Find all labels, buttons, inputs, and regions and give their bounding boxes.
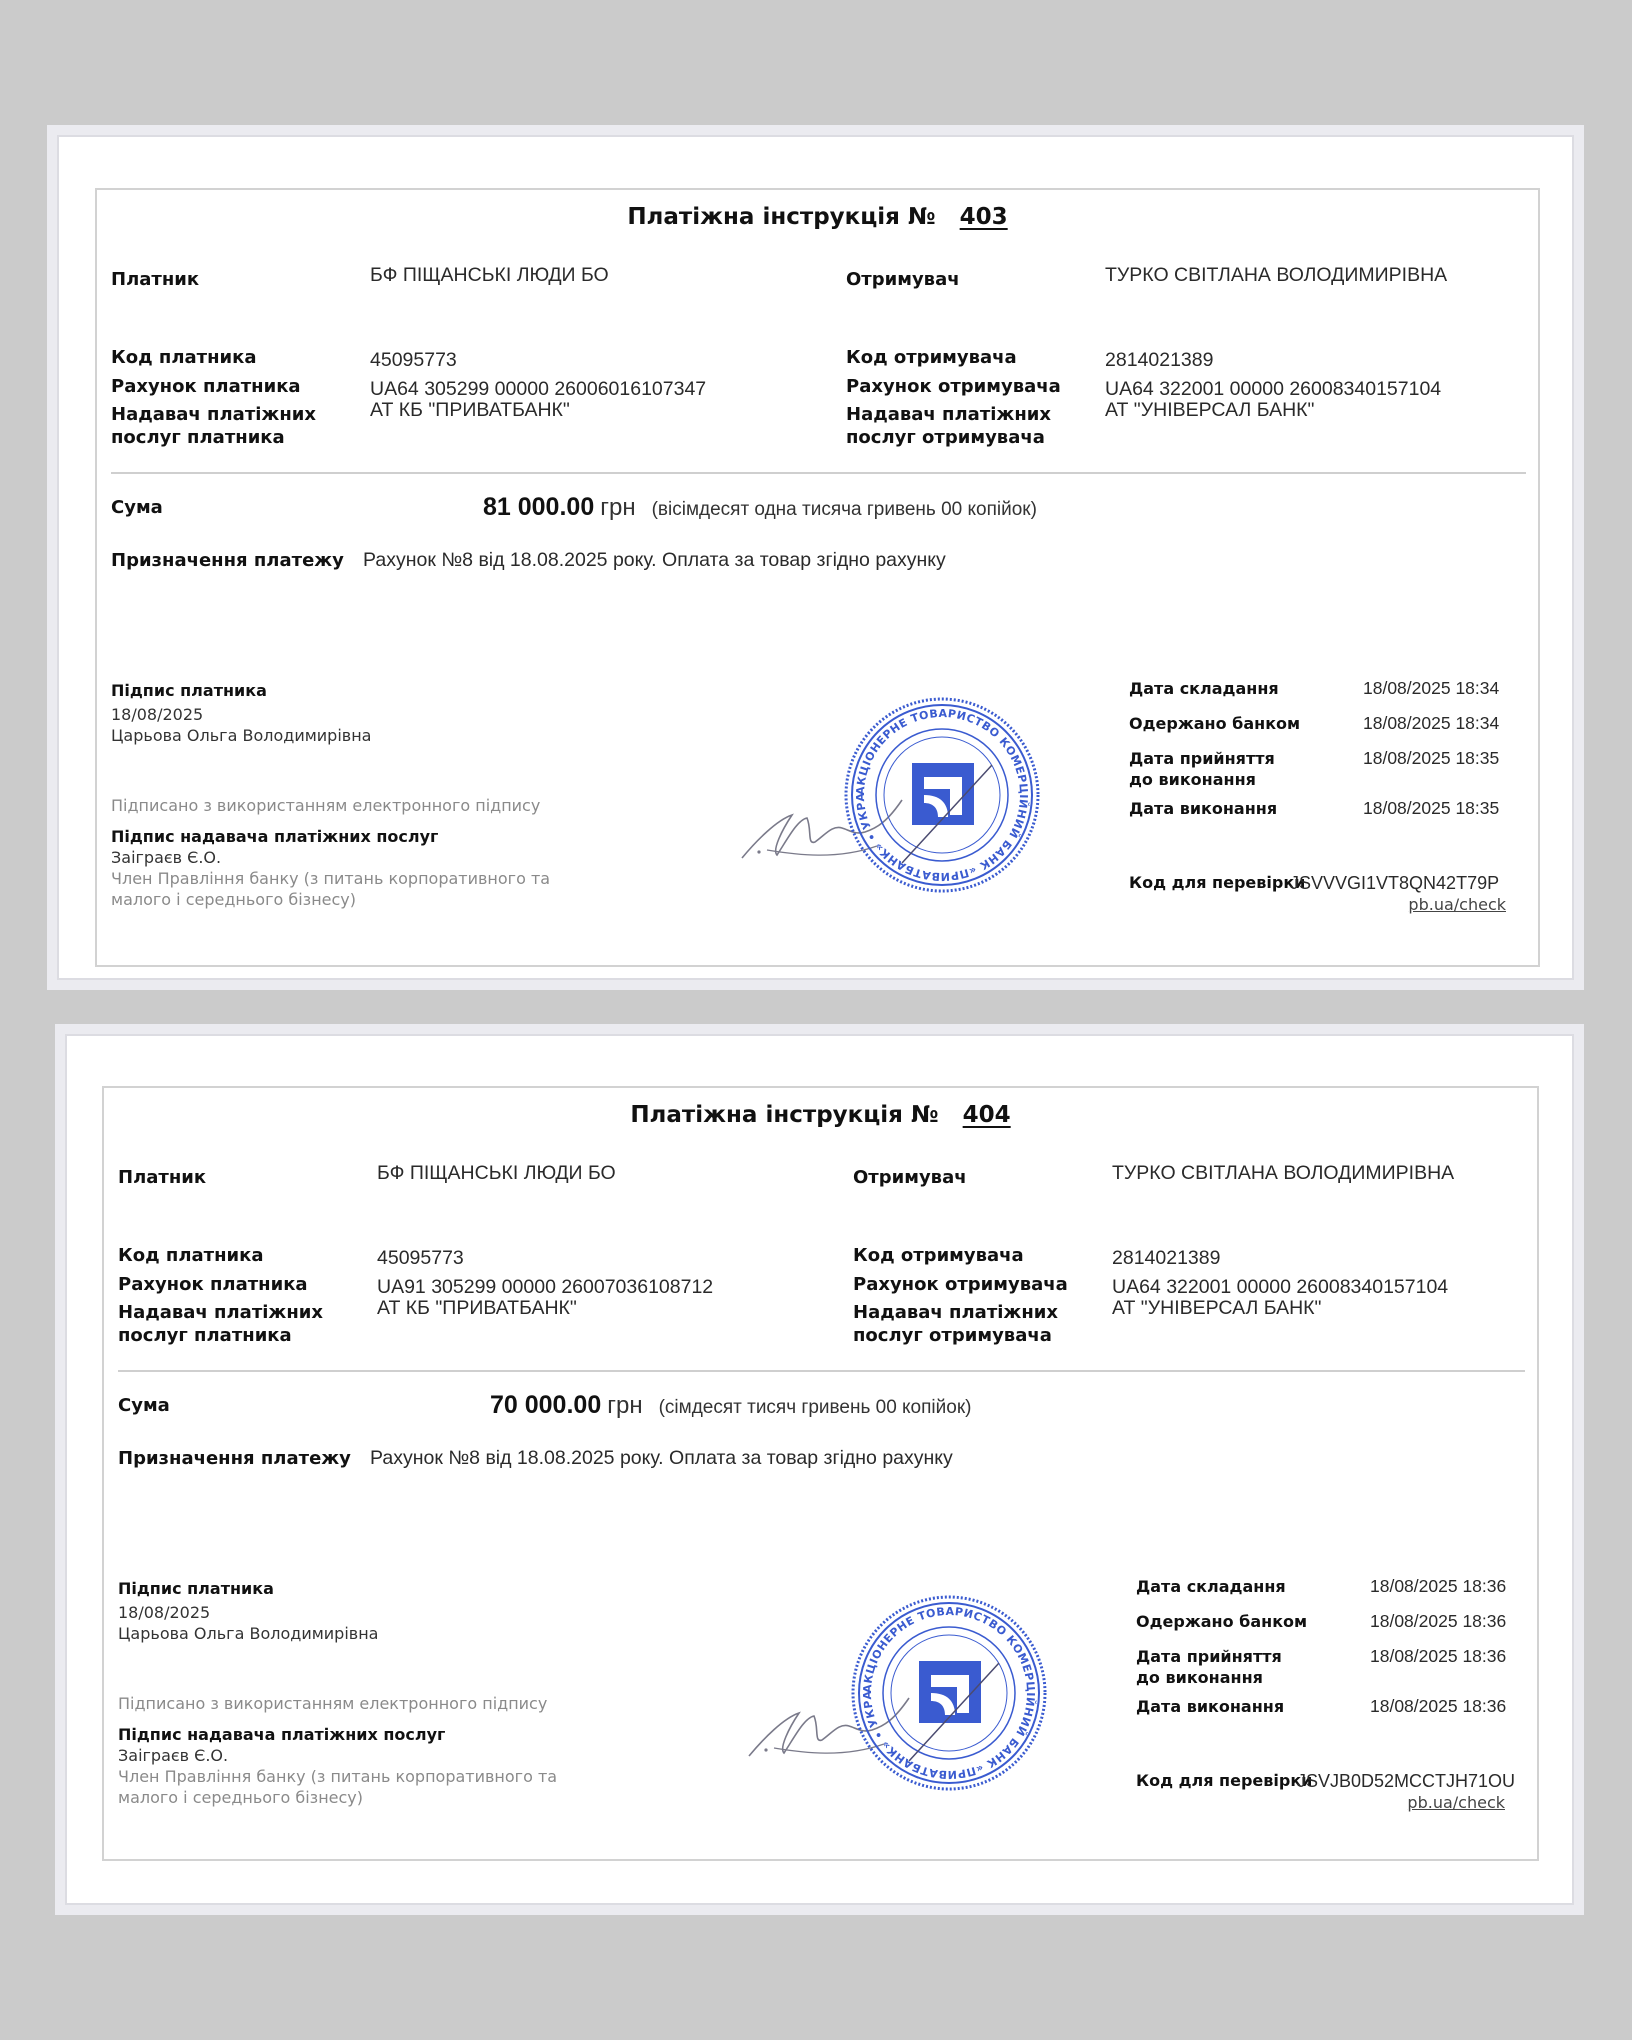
date-accepted-label: Дата прийняття до виконання (1136, 1646, 1282, 1688)
date-accepted-label-line1: Дата прийняття (1136, 1646, 1282, 1667)
provider-signature-label: Підпис надавача платіжних послуг (111, 826, 438, 848)
purpose-text: Рахунок №8 від 18.08.2025 року. Оплата з… (370, 1447, 953, 1470)
provider-signatory-position-line2: малого і середнього бізнесу) (118, 1787, 363, 1808)
recipient-provider-label: Надавач платіжних послуг отримувача (853, 1301, 1058, 1347)
payment-instruction-403: Платіжна інструкція № 403 Платник БФ ПІЩ… (47, 125, 1584, 990)
verification-link[interactable]: pb.ua/check (1407, 1793, 1505, 1812)
bank-stamp: АКЦІОНЕРНЕ ТОВАРИСТВО КОМЕРЦІЙНИЙ БАНК «… (849, 1593, 1049, 1793)
date-accepted-label-line2: до виконання (1129, 769, 1275, 790)
date-accepted-value: 18/08/2025 18:35 (1363, 748, 1499, 769)
date-received-value: 18/08/2025 18:34 (1363, 713, 1499, 734)
payment-instruction-frame: Платіжна інструкція № 404 Платник БФ ПІЩ… (102, 1086, 1539, 1861)
amount-in-words: (сімдесят тисяч гривень 00 копійок) (659, 1397, 972, 1418)
verification-link[interactable]: pb.ua/check (1408, 895, 1506, 914)
payer-label: Платник (118, 1166, 206, 1189)
provider-signatory-name: Заіграєв Є.О. (118, 1745, 228, 1766)
payment-instruction-404: Платіжна інструкція № 404 Платник БФ ПІЩ… (55, 1024, 1584, 1915)
recipient-name: ТУРКО СВІТЛАНА ВОЛОДИМИРІВНА (1112, 1162, 1454, 1185)
title-text: Платіжна інструкція № (630, 1102, 938, 1128)
date-accepted-value: 18/08/2025 18:36 (1370, 1646, 1506, 1667)
payer-signature-date: 18/08/2025 (118, 1602, 210, 1623)
recipient-label: Отримувач (853, 1166, 967, 1189)
payer-account-label: Рахунок платника (118, 1273, 308, 1296)
date-accepted-label-line2: до виконання (1136, 1667, 1282, 1688)
title-text: Платіжна інструкція № (627, 204, 935, 230)
date-created-value: 18/08/2025 18:34 (1363, 678, 1499, 699)
amount-row: 81 000.00грн(вісімдесят одна тисяча грив… (483, 493, 1037, 522)
verification-code-label: Код для перевірки (1136, 1770, 1312, 1791)
payer-provider-label-line1: Надавач платіжних (111, 403, 316, 426)
amount-value: 81 000.00 (483, 493, 594, 521)
verification-code-label: Код для перевірки (1129, 872, 1305, 893)
payer-signature-name: Царьова Ольга Володимирівна (111, 725, 371, 746)
amount-value: 70 000.00 (490, 1391, 601, 1419)
payer-provider-label: Надавач платіжних послуг платника (111, 403, 316, 449)
payer-signature-label: Підпис платника (111, 680, 267, 702)
payer-code: 45095773 (370, 349, 457, 372)
e-signature-note: Підписано з використанням електронного п… (118, 1693, 547, 1714)
payer-provider-label: Надавач платіжних послуг платника (118, 1301, 323, 1347)
date-executed-label: Дата виконання (1129, 798, 1277, 819)
payer-signature-name: Царьова Ольга Володимирівна (118, 1623, 378, 1644)
date-received-value: 18/08/2025 18:36 (1370, 1611, 1506, 1632)
document-title: Платіжна інструкція № 404 (104, 1102, 1537, 1128)
recipient-provider-label: Надавач платіжних послуг отримувача (846, 403, 1051, 449)
date-accepted-label: Дата прийняття до виконання (1129, 748, 1275, 790)
payer-provider-label-line2: послуг платника (111, 426, 316, 449)
amount-row: 70 000.00грн(сімдесят тисяч гривень 00 к… (490, 1391, 971, 1420)
recipient-account: UA64 322001 00000 26008340157104 (1105, 378, 1441, 401)
provider-signatory-name: Заіграєв Є.О. (111, 847, 221, 868)
verification-code: JSVJB0D52MCCTJH71OU (1297, 1771, 1515, 1792)
purpose-label: Призначення платежу (111, 549, 344, 572)
provider-signature-label: Підпис надавача платіжних послуг (118, 1724, 445, 1746)
recipient-name: ТУРКО СВІТЛАНА ВОЛОДИМИРІВНА (1105, 264, 1447, 287)
payer-account-label: Рахунок платника (111, 375, 301, 398)
payer-signature-date: 18/08/2025 (111, 704, 203, 725)
date-accepted-label-line1: Дата прийняття (1129, 748, 1275, 769)
date-executed-label: Дата виконання (1136, 1696, 1284, 1717)
recipient-provider: АТ "УНІВЕРСАЛ БАНК" (1105, 399, 1314, 422)
date-executed-value: 18/08/2025 18:36 (1370, 1696, 1506, 1717)
recipient-account-label: Рахунок отримувача (853, 1273, 1068, 1296)
e-signature-note: Підписано з використанням електронного п… (111, 795, 540, 816)
date-created-label: Дата складання (1129, 678, 1279, 699)
document-title: Платіжна інструкція № 403 (97, 204, 1538, 230)
bank-stamp: АКЦІОНЕРНЕ ТОВАРИСТВО КОМЕРЦІЙНИЙ БАНК «… (842, 695, 1042, 895)
section-divider (118, 1370, 1525, 1372)
payer-code-label: Код платника (111, 346, 257, 369)
payer-provider: АТ КБ "ПРИВАТБАНК" (370, 399, 570, 422)
amount-currency: грн (607, 1392, 642, 1419)
date-received-label: Одержано банком (1129, 713, 1300, 734)
recipient-account-label: Рахунок отримувача (846, 375, 1061, 398)
payer-name: БФ ПІЩАНСЬКІ ЛЮДИ БО (370, 264, 609, 287)
recipient-provider-label-line2: послуг отримувача (846, 426, 1051, 449)
amount-currency: грн (600, 494, 635, 521)
payer-code: 45095773 (377, 1247, 464, 1270)
verification-code: JSVVVGI1VT8QN42T79P (1290, 873, 1499, 894)
section-divider (111, 472, 1526, 474)
date-created-value: 18/08/2025 18:36 (1370, 1576, 1506, 1597)
recipient-code: 2814021389 (1105, 349, 1213, 372)
payer-provider-label-line1: Надавач платіжних (118, 1301, 323, 1324)
payer-signature-label: Підпис платника (118, 1578, 274, 1600)
recipient-provider-label-line2: послуг отримувача (853, 1324, 1058, 1347)
date-created-label: Дата складання (1136, 1576, 1286, 1597)
recipient-provider-label-line1: Надавач платіжних (853, 1301, 1058, 1324)
recipient-provider-label-line1: Надавач платіжних (846, 403, 1051, 426)
payer-name: БФ ПІЩАНСЬКІ ЛЮДИ БО (377, 1162, 616, 1185)
recipient-label: Отримувач (846, 268, 960, 291)
payer-account: UA91 305299 00000 26007036108712 (377, 1276, 713, 1299)
payer-provider-label-line2: послуг платника (118, 1324, 323, 1347)
provider-signatory-position-line1: Член Правління банку (з питань корпорати… (118, 1766, 557, 1787)
instruction-number: 403 (960, 204, 1008, 230)
recipient-account: UA64 322001 00000 26008340157104 (1112, 1276, 1448, 1299)
recipient-code: 2814021389 (1112, 1247, 1220, 1270)
purpose-label: Призначення платежу (118, 1447, 351, 1470)
amount-label: Сума (118, 1394, 170, 1417)
recipient-provider: АТ "УНІВЕРСАЛ БАНК" (1112, 1297, 1321, 1320)
provider-signatory-position-line1: Член Правління банку (з питань корпорати… (111, 868, 550, 889)
payer-account: UA64 305299 00000 26006016107347 (370, 378, 706, 401)
payer-code-label: Код платника (118, 1244, 264, 1267)
payment-instruction-frame: Платіжна інструкція № 403 Платник БФ ПІЩ… (95, 188, 1540, 967)
date-received-label: Одержано банком (1136, 1611, 1307, 1632)
provider-signatory-position-line2: малого і середнього бізнесу) (111, 889, 356, 910)
recipient-code-label: Код отримувача (846, 346, 1017, 369)
payer-label: Платник (111, 268, 199, 291)
date-executed-value: 18/08/2025 18:35 (1363, 798, 1499, 819)
amount-label: Сума (111, 496, 163, 519)
purpose-text: Рахунок №8 від 18.08.2025 року. Оплата з… (363, 549, 946, 572)
recipient-code-label: Код отримувача (853, 1244, 1024, 1267)
payer-provider: АТ КБ "ПРИВАТБАНК" (377, 1297, 577, 1320)
instruction-number: 404 (963, 1102, 1011, 1128)
amount-in-words: (вісімдесят одна тисяча гривень 00 копій… (652, 499, 1037, 520)
